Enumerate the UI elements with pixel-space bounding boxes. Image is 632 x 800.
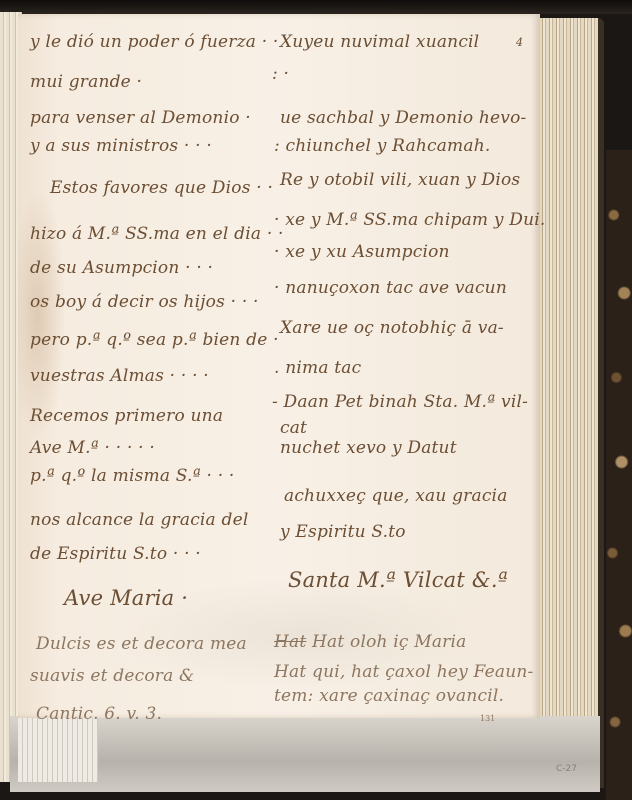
- right-line: y Espiritu S.to: [280, 522, 406, 542]
- right-line: ue sachbal y Demonio hevo-: [280, 108, 526, 128]
- folio-number: 4: [516, 36, 523, 49]
- left-line: de Espiritu S.to · · ·: [30, 544, 201, 564]
- left-line: os boy á decir os hijos · · ·: [30, 292, 259, 312]
- left-line: vuestras Almas · · · ·: [30, 366, 209, 386]
- left-line: de su Asumpcion · · ·: [30, 258, 213, 278]
- left-line: Ave M.ª · · · · ·: [30, 438, 155, 458]
- left-line: nos alcance la gracia del: [30, 510, 248, 530]
- left-line: y a sus ministros · · ·: [30, 136, 212, 156]
- left-line: y le dió un poder ó fuerza · ·: [30, 32, 279, 52]
- right-line: . nima tac: [274, 358, 361, 378]
- bottom-edge-mark: C-27: [556, 764, 577, 774]
- right-line: · xe y M.ª SS.ma chipam y Dui.: [274, 210, 545, 230]
- left-line: para venser al Demonio ·: [30, 108, 251, 128]
- left-line: p.ª q.º la misma S.ª · · ·: [30, 466, 235, 486]
- left-line: pero p.ª q.º sea p.ª bien de ·: [30, 330, 279, 350]
- right-line: tem: xare çaxinaç ovancil.: [274, 686, 504, 706]
- right-line: cat: [280, 418, 307, 438]
- page-bottom-edge: C-27: [10, 716, 600, 792]
- right-line: achuxxeç que, xau gracia: [284, 486, 508, 506]
- right-line: · nanuçoxon tac ave vacun: [274, 278, 507, 298]
- right-line-text: Hat oloh iç Maria: [312, 632, 466, 652]
- right-line-heading: Santa M.ª Vilcat &.ª: [288, 568, 508, 592]
- right-line: Re y otobil vili, xuan y Dios: [280, 170, 520, 190]
- right-line: : ·: [272, 64, 289, 84]
- manuscript-page: 4 y le dió un poder ó fuerza · · mui gra…: [18, 14, 540, 718]
- left-line: hizo á M.ª SS.ma en el dia · ·: [30, 224, 284, 244]
- left-line-heading: Ave Maria ·: [64, 586, 188, 610]
- left-line: suavis et decora &: [30, 666, 194, 686]
- page-number-bottom: 131: [480, 714, 495, 723]
- right-line: Hat qui, hat çaxol hey Feaun-: [274, 662, 533, 682]
- right-line: nuchet xevo y Datut: [280, 438, 457, 458]
- left-line: Estos favores que Dios · ·: [50, 178, 273, 198]
- right-line: Xuyeu nuvimal xuancil: [280, 32, 479, 52]
- right-line: - Daan Pet binah Sta. M.ª vil-: [272, 392, 528, 412]
- right-line: : chiunchel y Rahcamah.: [274, 136, 490, 156]
- left-line-citation: Cantic. 6. v. 3.: [36, 704, 162, 724]
- left-line: mui grande ·: [30, 72, 142, 92]
- book-board-top: [0, 0, 632, 14]
- page-stack-right-edge: [532, 18, 604, 788]
- struck-word: Hat: [274, 632, 306, 652]
- right-line: Xare ue oç notobhiç ā va-: [280, 318, 504, 338]
- folded-page-edge: [18, 716, 98, 782]
- right-line: Hat Hat oloh iç Maria: [274, 632, 466, 652]
- right-line: · xe y xu Asumpcion: [274, 242, 450, 262]
- left-line: Dulcis es et decora mea: [36, 634, 247, 654]
- left-line: Recemos primero una: [30, 406, 223, 426]
- marbled-cover-board: [606, 150, 632, 800]
